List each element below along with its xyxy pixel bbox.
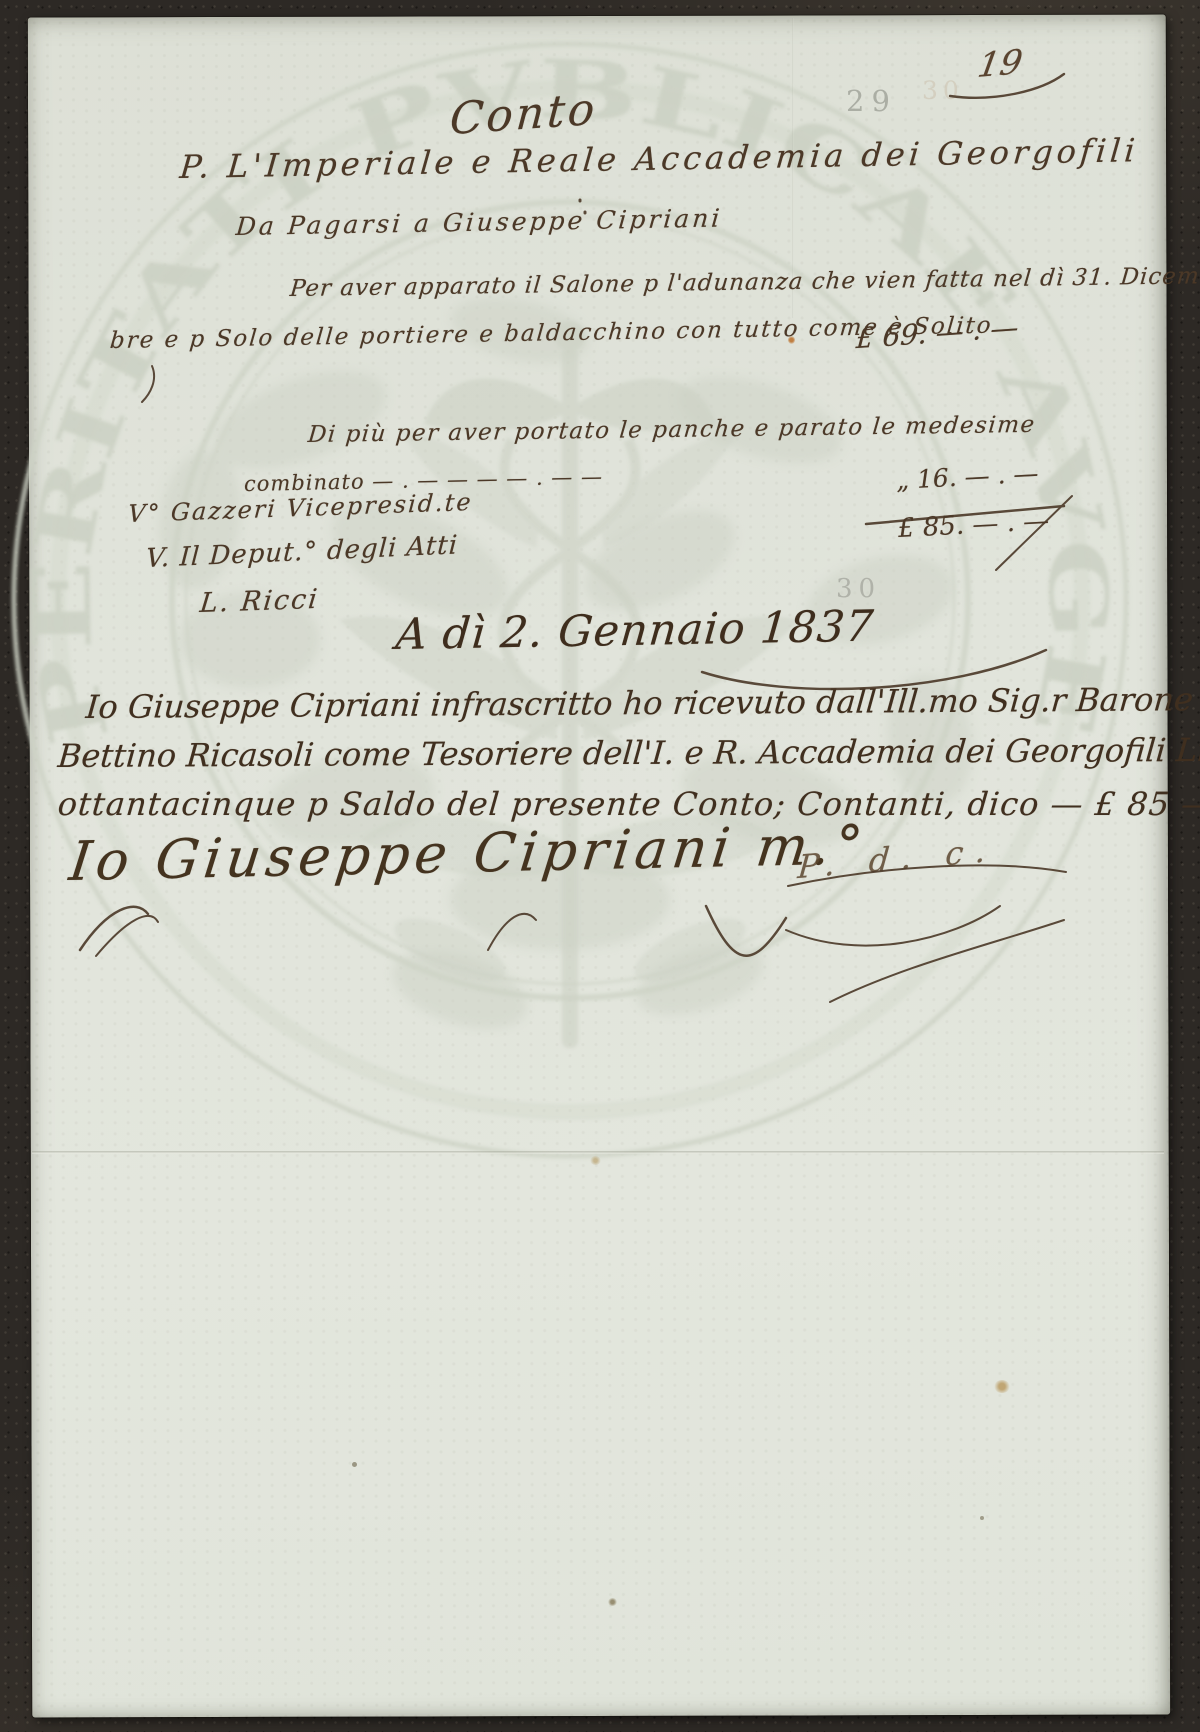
scanned-manuscript-page: PERITATI PVBLICAE AVGE 19 29 30 30 Conto… [0,0,1200,1732]
speck [352,1462,357,1467]
vertical-fold-crease [792,18,794,318]
speck [980,1516,984,1520]
horizontal-fold-crease [32,1151,1164,1154]
stain-spot [608,1598,617,1606]
stain-spot [590,1156,601,1165]
stain-spot [994,1380,1010,1393]
stain-spot [788,336,795,344]
paper-sheet [28,15,1170,1718]
